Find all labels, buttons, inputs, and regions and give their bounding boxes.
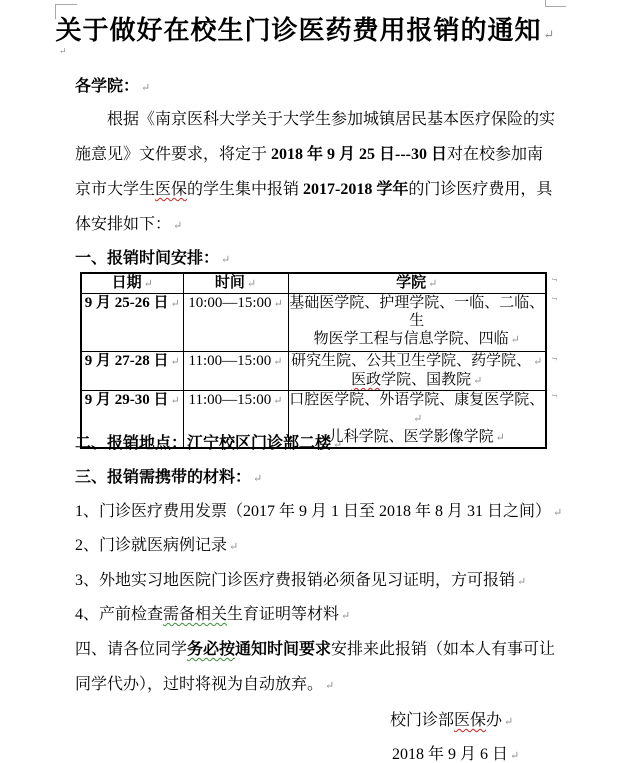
paragraph-mark-icon: ↵ — [271, 356, 282, 368]
intro-text: 根据《南京医科大学关于大学生参加城镇居民基本医疗保险的实 — [107, 111, 555, 128]
table-row: 9 月 25-26 日↵ 10:00—15:00↵ 基础医学院、护理学院、一临、… — [81, 294, 546, 352]
paragraph-mark-icon: ↵ — [57, 46, 67, 57]
signature-text: 校门诊部 — [390, 712, 454, 729]
cell-date: 9 月 25-26 日↵ — [81, 294, 183, 352]
cell-text: 研究生院、公共卫生学院、药学院、 — [291, 353, 531, 369]
signature-date: 2018 年 9 月 6 日↵ — [392, 741, 519, 763]
paragraph-mark-icon: ↵ — [142, 278, 153, 290]
intro-bold-schoolyear: 2017-2018 学年 — [303, 181, 408, 198]
paragraph-mark-icon: ↵ — [509, 334, 520, 346]
paragraph-mark-icon: ↵ — [508, 750, 519, 762]
cell-text: 儿科学院、医学影像学院 — [329, 429, 494, 445]
section-4-line-2: 同学代办），过时将视为自动放弃。↵ — [75, 671, 334, 694]
paragraph-mark-icon: ↵ — [323, 680, 334, 692]
intro-line-4: 体安排如下：↵ — [75, 211, 182, 234]
heading-text: 一、报销时间安排： — [75, 250, 219, 267]
paragraph-mark-icon: ↵ — [551, 507, 562, 519]
boundary-mark-top-right-h — [545, 6, 566, 7]
paragraph-text: 安排来此报销（如本人有事可让 — [331, 641, 555, 658]
boundary-mark-top-right-v — [545, 0, 546, 7]
end-of-row-mark-icon: ·¬ — [551, 391, 556, 400]
cell-text: 10:00—15:00 — [188, 295, 271, 311]
paragraph-mark-icon: ↵ — [471, 375, 482, 387]
section-1-heading: 一、报销时间安排：↵ — [75, 245, 230, 268]
cell-time: 11:00—15:00↵ — [183, 352, 288, 391]
item-text: 1、门诊医疗费用发票（2017 年 9 月 1 日至 2018 年 8 月 31… — [75, 503, 551, 520]
paragraph-mark-icon: ↵ — [542, 27, 555, 42]
line-break-mark-icon: ↵ — [531, 356, 542, 368]
grammar-flagged-text: 需备相关 — [163, 606, 227, 623]
paragraph-text: 同学代办），过时将视为自动放弃。 — [75, 676, 323, 693]
heading-text: 三、报销需携带的材料： — [75, 469, 251, 486]
paragraph-mark-icon: ↵ — [272, 298, 283, 310]
paragraph-mark-icon: ↵ — [245, 278, 256, 290]
intro-text: 的学生集中报销 — [187, 181, 303, 198]
header-date: 日期↵ — [81, 273, 183, 294]
paragraph-mark-icon: ↵ — [251, 473, 262, 485]
material-item-3: 3、外地实习地医院门诊医疗费报销必须备见习证明，方可报销↵ — [75, 567, 526, 590]
intro-bold-dates: 2018 年 9 月 25 日---30 日 — [271, 146, 447, 163]
signature-office: 校门诊部医保办↵ — [390, 707, 513, 730]
end-of-row-mark-icon: ·¬ — [551, 294, 556, 303]
paragraph-mark-icon: ↵ — [219, 254, 230, 266]
end-of-row-mark-icon: ·¬ — [551, 354, 556, 363]
header-text: 时间 — [215, 275, 245, 291]
intro-text: 京市大学生 — [75, 181, 155, 198]
table-row: 9 月 27-28 日↵ 11:00—15:00↵ 研究生院、公共卫生学院、药学… — [81, 352, 546, 391]
paragraph-mark-icon: ↵ — [227, 541, 238, 553]
cell-text: 9 月 25-26 日 — [85, 295, 169, 311]
material-item-2: 2、门诊就医病例记录↵ — [75, 532, 238, 555]
header-text: 日期 — [112, 275, 142, 291]
title-text: 关于做好在校生门诊医药费用报销的通知 — [56, 16, 542, 45]
paragraph-text: 四、请各位同学 — [75, 641, 187, 658]
cell-college: 基础医学院、护理学院、一临、二临、生物医学工程与信息学院、四临↵ — [288, 294, 546, 352]
intro-line-3: 京市大学生医保的学生集中报销 2017-2018 学年的门诊医疗费用，具 — [75, 176, 552, 199]
paragraph-mark-icon: ↵ — [339, 610, 350, 622]
cell-college: 研究生院、公共卫生学院、药学院、↵医政学院、国教院↵ — [288, 352, 546, 391]
material-item-1: 1、门诊医疗费用发票（2017 年 9 月 1 日至 2018 年 8 月 31… — [75, 498, 562, 521]
cell-date: 9 月 27-28 日↵ — [81, 352, 183, 391]
heading-text: 二、报销地点：江宁校区门诊部二楼 — [75, 435, 331, 452]
intro-line-2: 施意见》文件要求，将定于 2018 年 9 月 25 日---30 日对在校参加… — [75, 141, 543, 164]
intro-text: 的门诊医疗费用，具 — [408, 181, 552, 198]
paragraph-mark-icon: ↵ — [426, 278, 437, 290]
paragraph-mark-icon: ↵ — [169, 356, 180, 368]
paragraph-mark-icon: ↵ — [139, 82, 150, 94]
spellcheck-flagged-text: 医保 — [155, 181, 187, 198]
spellcheck-flagged-text: 医保 — [454, 712, 486, 729]
item-text: 2、门诊就医病例记录 — [75, 537, 227, 554]
cell-text: 11:00—15:00 — [189, 353, 272, 369]
intro-text: 对在校参加南 — [447, 146, 543, 163]
paragraph-mark-icon: ↵ — [169, 395, 180, 407]
table-header-row: 日期↵ 时间↵ 学院↵ — [81, 273, 546, 294]
material-item-4: 4、产前检查需备相关生育证明等材料↵ — [75, 601, 350, 624]
section-4-line-1: 四、请各位同学务必按通知时间要求安排来此报销（如本人有事可让 — [75, 636, 555, 659]
item-text: 生育证明等材料 — [227, 606, 339, 623]
reimbursement-schedule-table: 日期↵ 时间↵ 学院↵ 9 月 25-26 日↵ 10:00—15:00↵ 基础… — [80, 272, 547, 449]
bold-emphasis-text: 通知时间要求 — [235, 641, 331, 658]
intro-text: 施意见》文件要求，将定于 — [75, 146, 271, 163]
signature-date-text: 2018 年 9 月 6 日 — [392, 746, 508, 763]
cell-text: 9 月 29-30 日 — [85, 392, 169, 408]
cell-text: 物医学工程与信息学院、四临 — [314, 331, 509, 347]
document-title: 关于做好在校生门诊医药费用报销的通知↵ — [55, 10, 555, 47]
paragraph-mark-icon: ↵ — [169, 298, 180, 310]
paragraph-mark-icon: ↵ — [171, 220, 182, 232]
line-break-mark-icon: ↵ — [411, 413, 422, 425]
cell-time: 10:00—15:00↵ — [183, 294, 288, 352]
spellcheck-flagged-text: 医政 — [351, 372, 381, 388]
intro-line-1: 根据《南京医科大学关于大学生参加城镇居民基本医疗保险的实 — [107, 106, 555, 129]
paragraph-mark-icon: ↵ — [515, 576, 526, 588]
header-time: 时间↵ — [183, 273, 288, 294]
cell-text: 11:00—15:00 — [189, 392, 272, 408]
item-text: 3、外地实习地医院门诊医疗费报销必须备见习证明，方可报销 — [75, 572, 515, 589]
end-of-row-mark-icon: ·¬ — [551, 275, 556, 284]
boundary-mark-top-left-h — [55, 4, 77, 5]
item-text: 4、产前检查 — [75, 606, 163, 623]
header-text: 学院 — [396, 275, 426, 291]
salutation-text: 各学院： — [75, 78, 139, 95]
paragraph-mark-icon: ↵ — [271, 395, 282, 407]
header-college: 学院↵ — [288, 273, 546, 294]
cell-text: 口腔医学院、外语学院、康复医学院、 — [289, 392, 544, 408]
intro-text: 体安排如下： — [75, 216, 171, 233]
paragraph-mark-icon: ↵ — [494, 432, 505, 444]
cell-text: 基础医学院、护理学院、一临、二临、生 — [289, 295, 544, 329]
document-page: 关于做好在校生门诊医药费用报销的通知↵ ↵ 各学院：↵ 根据《南京医科大学关于大… — [0, 0, 627, 763]
grammar-flagged-bold-text: 务必按 — [187, 641, 235, 658]
section-3-heading: 三、报销需携带的材料：↵ — [75, 464, 262, 487]
cell-text: 9 月 27-28 日 — [85, 353, 169, 369]
section-2-heading: 二、报销地点：江宁校区门诊部二楼↵ — [75, 430, 342, 453]
paragraph-mark-icon: ↵ — [331, 439, 342, 451]
signature-text: 办 — [486, 712, 502, 729]
cell-text: 学院、国教院 — [381, 372, 471, 388]
salutation-line: 各学院：↵ — [75, 73, 150, 96]
paragraph-mark-icon: ↵ — [502, 716, 513, 728]
